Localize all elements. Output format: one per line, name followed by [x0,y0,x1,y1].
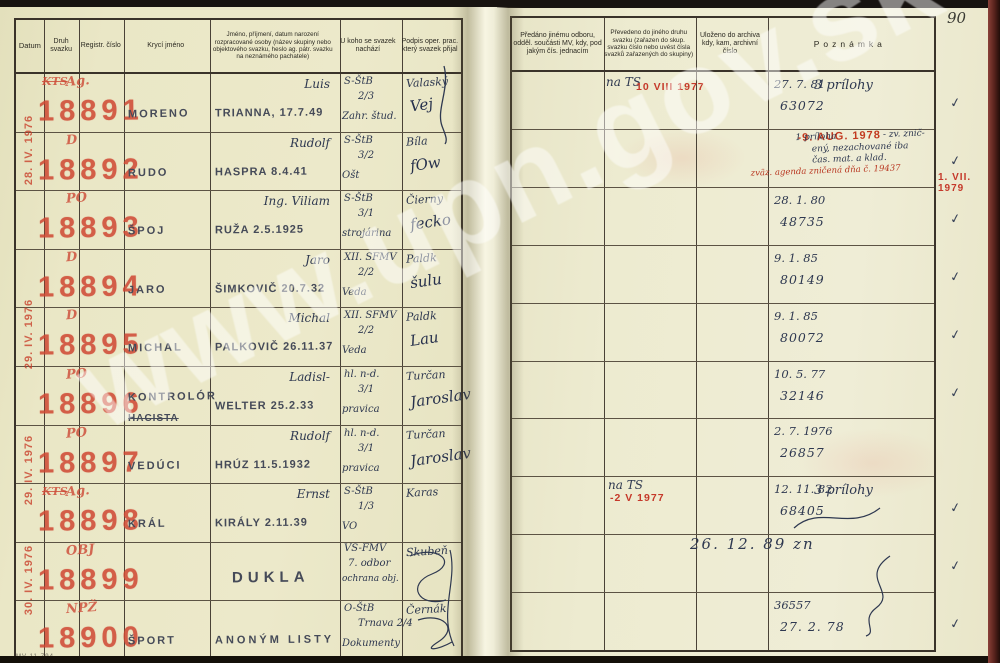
holder-line-3: Zahr. štud. [342,111,397,122]
cover-name: MORENO [128,107,190,120]
officer-signature: Karas [406,485,439,500]
remark-line-1b: - zv. znič- [883,128,925,140]
registry-row: D 18892 RUDO Rudolf HASPRA 8.4.41 S-ŠtB … [16,133,461,192]
officer-signature-flourish: Jaroslav [409,443,472,469]
registry-left-page: Datum Druh svazku Registr. číslo Krycí j… [0,6,497,657]
first-name: Jaro [222,253,330,267]
file-type-mark-struck: KTS [42,485,68,498]
officer-signature: Turčan [406,368,446,383]
registry-row: OBJ 18899 DUKLA VS-FMV 7. odbor ochrana … [16,543,461,602]
registry-row-continuation: na TS -2 V 1977 12. 11. 82 68405 3 prílo… [512,477,934,535]
officer-signature-flourish: fecko [409,210,452,234]
holder-line-3: Dokumenty [342,638,400,649]
holder-line-2: 3/1 [358,443,374,454]
archive-number: 48735 [780,214,825,229]
book-cover-edge [988,0,1000,663]
left-table-body: KTS Ag. 18891 MORENO Luis TRIANNA, 17.7.… [16,74,461,659]
holder-line-2: 3/1 [358,384,374,395]
officer-signature: Paldk [406,251,437,266]
holder-line-3: pravica [342,404,380,415]
date-stamp: 29. IV. 1976 [23,424,35,516]
holder-line-2: 1/3 [358,501,374,512]
first-name: Rudolf [222,429,330,443]
registry-row-continuation: na TS 10 VIII 1977 27. 7. 81 63072 3 prí… [512,72,934,130]
surname-and-birthdate: PALKOVIČ 26.11.37 [215,341,333,354]
officer-signature: Turčan [406,427,446,442]
holder-line-2: 7. odbor [348,558,390,569]
file-type-mark: NPŽ [66,600,98,617]
check-mark: ✓ [949,95,962,112]
remark-note-block: 1 príloha-9. AUG. 1978- zv. znič- ený, n… [795,127,972,178]
check-mark: ✓ [949,501,962,518]
holder-line-3: ochrana obj. [342,574,399,584]
holder-line-1: S-ŠtB [344,486,373,497]
transferred-note: na TS [608,478,643,492]
registration-number-stamp: 18899 [38,563,144,597]
cover-name-struck: HACISTA [128,413,179,424]
cover-name: RUDO [128,166,169,179]
registry-row-continuation: 28. 1. 80 48735 ✓ [512,188,934,246]
officer-signature: Skubeň [406,544,449,559]
book-edge-top [0,0,1000,7]
first-name: Luis [222,77,330,91]
right-registry-table: Předáno jinému odboru, odděl. součásti M… [510,16,936,652]
registry-row: PO 18897 VEDÚCI Rudolf HRÚZ 11.5.1932 hl… [16,426,461,485]
left-registry-table: Datum Druh svazku Registr. číslo Krycí j… [14,18,463,661]
first-name: Rudolf [222,136,330,150]
registry-row-continuation: 1 príloha-9. AUG. 1978- zv. znič- ený, n… [512,130,934,188]
surname-and-birthdate: DUKLA [232,568,310,586]
holder-line-3: Veda [342,345,367,356]
first-name: Ernst [222,487,330,501]
archive-number: 68405 [780,503,825,518]
check-mark: ✓ [949,153,962,170]
cover-name: JARO [128,283,167,296]
registry-row-continuation: 36557 27. 2. 78 ✓ [512,593,934,650]
registry-row-continuation: 26. 12. 89 zn ✓ [512,535,934,593]
date-stamp: 28. IV. 1976 [23,104,35,196]
archive-number: 63072 [780,98,825,113]
registry-row: PO 18893 ŠPOJ Ing. Viliam RUŽA 2.5.1925 … [16,191,461,250]
cover-name: MICHAL [128,342,183,355]
officer-signature: Paldk [406,310,437,325]
holder-line-3: pravica [342,463,380,474]
file-type-mark: Ag. [66,483,91,500]
scanned-registry-book: Datum Druh svazku Registr. číslo Krycí j… [0,0,1000,663]
officer-signature-flourish: Vej [409,94,434,115]
registry-row: KTS Ag. 18891 MORENO Luis TRIANNA, 17.7.… [16,74,461,133]
column-header-ulozeno: Uloženo do archiva kdy, kam, archivní čí… [694,18,765,70]
holder-line-3: VO [342,521,357,532]
column-header-predano: Předáno jinému odboru, odděl. součásti M… [512,18,603,70]
column-header-jmeno: Jméno, příjmení, datum narození rozpraco… [208,20,337,72]
surname-and-birthdate: RUŽA 2.5.1925 [215,224,304,237]
surname-and-birthdate: ANONÝM LISTY [215,634,334,647]
cover-name: VEDÚCI [128,459,182,472]
holder-line-1: S-ŠtB [344,135,373,146]
officer-signature-flourish: Lau [409,328,440,350]
officer-signature-flourish: Jaroslav [409,385,472,411]
file-type-mark: PO [66,425,88,441]
archive-number: 80149 [780,272,825,287]
registry-row: D 18895 MICHAL Michal PALKOVIČ 26.11.37 … [16,308,461,367]
file-type-mark: PO [66,366,88,382]
file-type-mark: PO [66,190,88,206]
column-header-u-koho: U koho se svazek nachází [337,20,398,72]
date-stamp: 29. IV. 1976 [23,288,35,380]
surname-and-birthdate: HRÚZ 11.5.1932 [215,458,311,471]
registry-row-continuation: 10. 5. 77 32146 ✓ [512,362,934,420]
archive-date-stamp: 1. VII. 1979 [938,172,1000,194]
holder-line-2: Trnava 2/4 [358,618,413,629]
column-header-druh-svazku: Druh svazku [44,20,79,72]
surname-and-birthdate: TRIANNA, 17.7.49 [215,107,323,120]
holder-line-3: Ošt [342,170,359,181]
file-type-mark: Ag. [66,73,91,90]
holder-line-2: 3/2 [358,150,374,161]
officer-signature: Valaský [406,75,449,90]
right-table-body: na TS 10 VIII 1977 27. 7. 81 63072 3 prí… [512,72,934,650]
holder-line-1: VS-FMV [344,543,386,554]
holder-line-2: 2/3 [358,91,374,102]
registry-row-continuation: 9. 1. 85 80149 ✓ [512,246,934,304]
first-name: Michal [222,311,330,325]
holder-line-1: hl. n-d. [344,428,379,439]
column-header-kryci-jmeno: Krycí jméno [123,20,208,72]
registry-row-continuation: 9. 1. 85 80072 ✓ [512,304,934,362]
holder-line-2: 2/2 [358,325,374,336]
file-type-mark: D [65,132,77,148]
column-header-registr-cislo: Registr. číslo [78,20,123,72]
holder-line-1: S-ŠtB [344,193,373,204]
officer-signature: Bíla [406,134,428,148]
page-number: 90 [947,9,966,27]
cover-name: KRÁL [128,518,167,531]
first-name: Ladisl- [222,370,330,384]
cover-name: KONTROLÓR [128,390,217,404]
cover-name: ŠPOJ [128,225,166,238]
check-mark: ✓ [949,558,962,575]
registry-row: KTS Ag. 18898 KRÁL Ernst KIRÁLY 2.11.39 … [16,484,461,543]
holder-line-1: S-ŠtB [344,76,373,87]
surname-and-birthdate: KIRÁLY 2.11.39 [215,517,308,530]
holder-line-2: 3/1 [358,208,374,219]
column-header-datum: Datum [16,20,44,72]
archive-number: 26857 [780,445,825,460]
column-header-poznamka: Poznámka [766,18,934,70]
holder-line-1: hl. n-d. [344,369,379,380]
column-header-podpis: Podpis oper. prac. který svazek přijal [399,20,461,72]
officer-signature-flourish: šulu [409,270,443,292]
registry-row: D 18894 JARO Jaro ŠIMKOVIČ 20.7.32 XII. … [16,250,461,309]
holder-line-3: Veda [342,287,367,298]
holder-line-3: strojárina [342,228,391,239]
officer-signature: Černák [406,602,447,617]
registry-row-continuation: 2. 7. 1976 26857 [512,419,934,477]
surname-and-birthdate: ŠIMKOVIČ 20.7.32 [215,282,325,295]
holder-line-1: XII. SFMV [344,310,397,321]
right-table-header: Předáno jinému odboru, odděl. součásti M… [512,18,934,72]
book-edge-bottom [0,656,1000,663]
officer-signature-flourish: fOw [409,153,442,175]
holder-line-1: XII. SFMV [344,252,397,263]
registry-row: NPŽ 18900 ŠPORT ANONÝM LISTY O-ŠtB Trnav… [16,601,461,659]
file-type-mark: OBJ [66,542,95,559]
holder-line-2: 2/2 [358,267,374,278]
registry-row: PO 18896 KONTROLÓR HACISTA Ladisl- WELTE… [16,367,461,426]
remark-line-1: 1 príloha [795,132,836,144]
file-type-mark: D [65,308,77,324]
check-mark: ✓ [949,616,962,633]
archive-number: 32146 [780,388,825,403]
holder-line-1: O-ŠtB [344,603,374,614]
archive-number: 27. 2. 78 [780,619,845,634]
transfer-date-stamp: -2 V 1977 [610,492,665,504]
archive-number: 80072 [780,330,825,345]
left-table-header: Datum Druh svazku Registr. číslo Krycí j… [16,20,461,74]
file-type-mark: D [65,249,77,265]
first-name: Ing. Viliam [222,194,330,208]
date-stamp: 30. IV. 1976 [23,534,35,626]
column-header-prevedeno: Převedeno do jiného druhu svazku (zařaze… [603,18,694,70]
file-type-mark-struck: KTS [42,75,68,88]
surname-and-birthdate: WELTER 25.2.33 [215,400,314,413]
officer-signature: Čierny [406,192,444,207]
cover-name: ŠPORT [128,635,176,648]
transfer-date-stamp: 10 VIII 1977 [636,81,705,93]
surname-and-birthdate: HASPRA 8.4.41 [215,165,308,178]
